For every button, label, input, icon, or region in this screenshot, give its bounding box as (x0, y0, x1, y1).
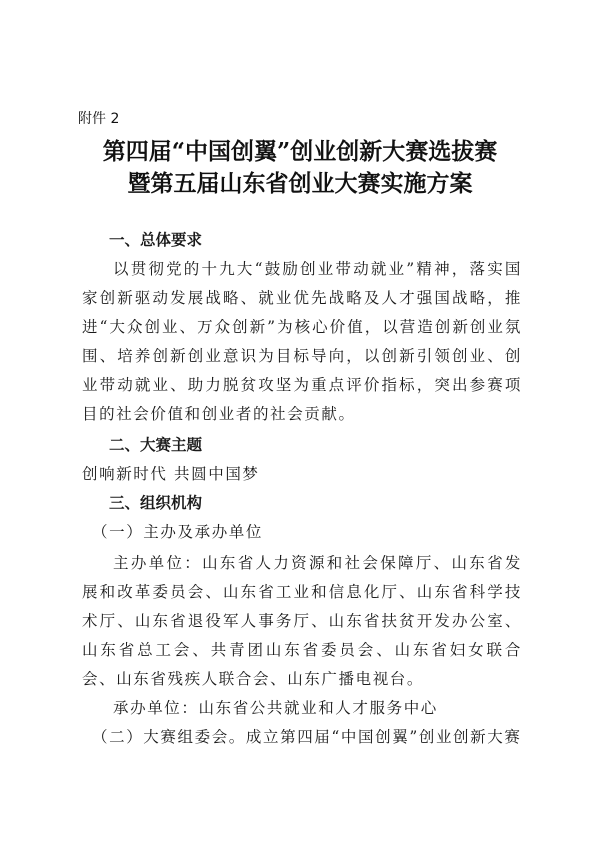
attachment-label: 附件 2 (78, 110, 119, 128)
section-heading-theme: 二、大赛主题 (82, 431, 522, 460)
paragraph-general-requirements: 以贯彻党的十九大“鼓励创业带动就业”精神，落实国家创新驱动发展战略、就业优先战略… (82, 255, 522, 429)
document-page: 附件 2 第四届“中国创翼”创业创新大赛选拔赛 暨第五届山东省创业大赛实施方案 … (0, 0, 600, 848)
theme-text: 创响新时代 共圆中国梦 (82, 460, 522, 489)
paragraph-organizer-unit: 承办单位：山东省公共就业和人才服务中心 (82, 694, 522, 723)
paragraph-host-units: 主办单位：山东省人力资源和社会保障厅、山东省发展和改革委员会、山东省工业和信息化… (82, 549, 522, 694)
subsection-heading-hosts: （一）主办及承办单位 (82, 518, 522, 547)
section-heading-general-requirements: 一、总体要求 (82, 226, 522, 255)
document-body: 一、总体要求 以贯彻党的十九大“鼓励创业带动就业”精神，落实国家创新驱动发展战略… (82, 226, 522, 752)
document-title-line-2: 暨第五届山东省创业大赛实施方案 (60, 169, 540, 199)
section-heading-organization: 三、组织机构 (82, 489, 522, 518)
document-title-line-1: 第四届“中国创翼”创业创新大赛选拔赛 (60, 137, 540, 167)
subsection-organizing-committee: （二）大赛组委会。成立第四届“中国创翼”创业创新大赛 (82, 723, 522, 752)
